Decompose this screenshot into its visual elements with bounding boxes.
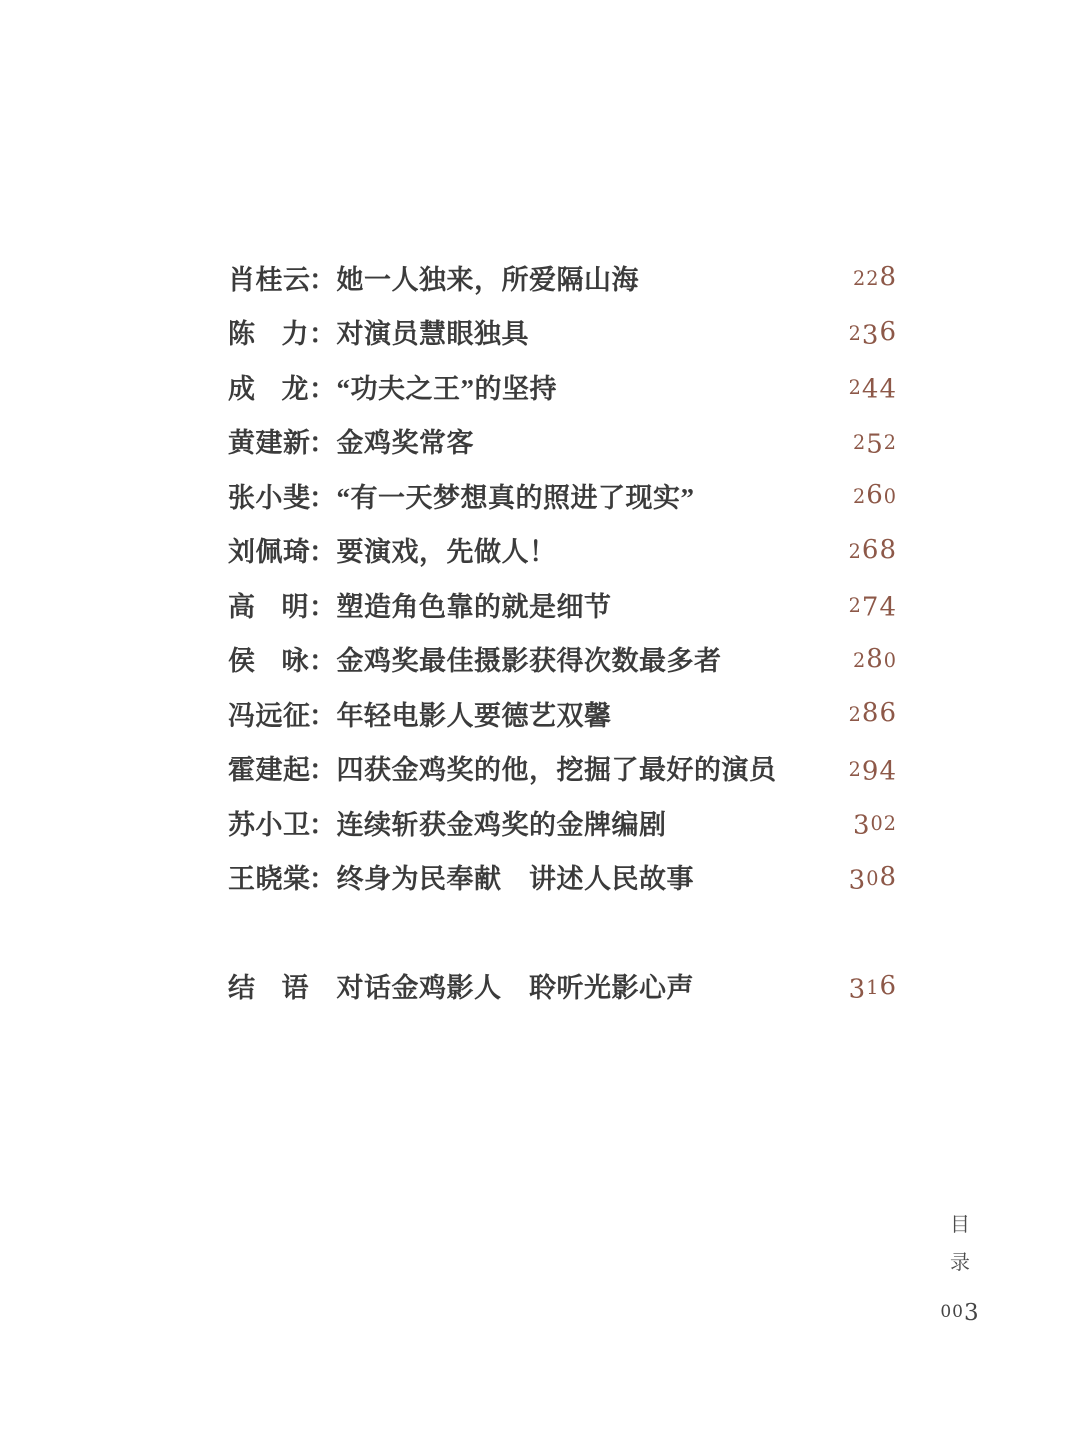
entry-label: 冯远征：年轻电影人要德艺双馨	[228, 694, 612, 733]
entry-label: 高明：塑造角色靠的就是细节	[228, 585, 612, 624]
toc-entry: 高明：塑造角色靠的就是细节 274	[228, 577, 897, 632]
entry-separator: ：	[309, 374, 337, 404]
entry-section-name: 结语	[228, 966, 309, 1005]
entry-page-number: 302	[853, 807, 897, 837]
entry-title: 对演员慧眼独具	[337, 319, 530, 349]
entry-title: 要演戏，先做人！	[337, 537, 557, 567]
entry-separator: ：	[309, 701, 337, 731]
entry-person-name: 侯咏	[228, 639, 309, 678]
entry-separator: ：	[309, 537, 337, 567]
entry-label: 张小斐：“有一天梦想真的照进了现实”	[228, 476, 695, 515]
toc-entry: 王晓棠：终身为民奉献 讲述人民故事 308	[228, 850, 897, 905]
entry-person-name: 冯远征	[228, 694, 309, 733]
entry-title: 年轻电影人要德艺双馨	[337, 701, 612, 731]
entry-label: 霍建起：四获金鸡奖的他，挖掘了最好的演员	[228, 748, 777, 787]
entry-page-number: 244	[849, 371, 897, 401]
entry-label: 成龙：“功夫之王”的坚持	[228, 367, 557, 406]
entry-separator: ：	[309, 319, 337, 349]
toc-entry: 肖桂云：她一人独来，所爱隔山海 228	[228, 250, 897, 305]
entry-separator: ：	[309, 265, 337, 295]
entry-separator: ：	[309, 483, 337, 513]
entry-person-name: 肖桂云	[228, 258, 309, 297]
entry-page-number: 236	[849, 317, 897, 347]
entry-page-number: 260	[853, 480, 897, 510]
book-page: 肖桂云：她一人独来，所爱隔山海 228 陈力：对演员慧眼独具 236 成龙：“功…	[0, 0, 1080, 1447]
entry-page-number: 280	[853, 644, 897, 674]
entry-label: 黄建新：金鸡奖常客	[228, 421, 474, 460]
entry-page-number: 308	[849, 862, 897, 892]
entry-person-name: 苏小卫	[228, 803, 309, 842]
toc-entry: 黄建新：金鸡奖常客 252	[228, 414, 897, 469]
toc-entry: 张小斐：“有一天梦想真的照进了现实” 260	[228, 468, 897, 523]
entry-title: 她一人独来，所爱隔山海	[337, 265, 640, 295]
entry-page-number: 316	[849, 971, 897, 1001]
entry-title: 金鸡奖常客	[337, 428, 475, 458]
entry-title: 四获金鸡奖的他，挖掘了最好的演员	[337, 755, 777, 785]
entry-page-number: 274	[849, 589, 897, 619]
entry-separator: ：	[309, 428, 337, 458]
entry-person-name: 张小斐	[228, 476, 309, 515]
entry-separator: ：	[309, 810, 337, 840]
entry-person-name: 成龙	[228, 367, 309, 406]
entry-page-number: 268	[849, 535, 897, 565]
entry-person-name: 高明	[228, 585, 309, 624]
running-title-char: 目	[933, 1206, 987, 1244]
running-title-char: 录	[933, 1244, 987, 1282]
entry-person-name: 刘佩琦	[228, 530, 309, 569]
toc-entry: 陈力：对演员慧眼独具 236	[228, 305, 897, 360]
entry-page-number: 294	[849, 753, 897, 783]
entry-label: 刘佩琦：要演戏，先做人！	[228, 530, 557, 569]
entry-separator: ：	[309, 646, 337, 676]
entry-title: 连续斩获金鸡奖的金牌编剧	[337, 810, 667, 840]
toc-entry: 冯远征：年轻电影人要德艺双馨 286	[228, 686, 897, 741]
entry-title: “有一天梦想真的照进了现实”	[337, 483, 695, 513]
entry-title: 金鸡奖最佳摄影获得次数最多者	[337, 646, 722, 676]
footer-folio-number: 003	[933, 1296, 987, 1326]
toc-list: 肖桂云：她一人独来，所爱隔山海 228 陈力：对演员慧眼独具 236 成龙：“功…	[228, 250, 897, 1013]
toc-entry-conclusion: 结语 对话金鸡影人 聆听光影心声 316	[228, 959, 897, 1014]
footer-running-title: 目 录	[933, 1206, 987, 1282]
entry-separator: ：	[309, 864, 337, 894]
entry-separator	[309, 973, 337, 1003]
entry-label: 结语 对话金鸡影人 聆听光影心声	[228, 966, 694, 1005]
entry-label: 苏小卫：连续斩获金鸡奖的金牌编剧	[228, 803, 667, 842]
entry-page-number: 286	[849, 698, 897, 728]
entry-label: 陈力：对演员慧眼独具	[228, 312, 529, 351]
entry-person-name: 王晓棠	[228, 857, 309, 896]
toc-entry: 苏小卫：连续斩获金鸡奖的金牌编剧 302	[228, 795, 897, 850]
entry-title: 对话金鸡影人 聆听光影心声	[337, 973, 695, 1003]
entry-title: 塑造角色靠的就是细节	[337, 592, 612, 622]
entry-person-name: 陈力	[228, 312, 309, 351]
toc-entry: 刘佩琦：要演戏，先做人！ 268	[228, 523, 897, 578]
toc-entry: 侯咏：金鸡奖最佳摄影获得次数最多者 280	[228, 632, 897, 687]
entry-separator: ：	[309, 755, 337, 785]
entry-title: “功夫之王”的坚持	[337, 374, 558, 404]
entry-separator: ：	[309, 592, 337, 622]
entry-person-name: 霍建起	[228, 748, 309, 787]
entry-page-number: 228	[853, 262, 897, 292]
entry-person-name: 黄建新	[228, 421, 309, 460]
entry-label: 肖桂云：她一人独来，所爱隔山海	[228, 258, 639, 297]
page-footer: 目 录 003	[933, 1206, 987, 1326]
entry-page-number: 252	[853, 426, 897, 456]
entry-title: 终身为民奉献 讲述人民故事	[337, 864, 695, 894]
entry-label: 王晓棠：终身为民奉献 讲述人民故事	[228, 857, 694, 896]
entry-label: 侯咏：金鸡奖最佳摄影获得次数最多者	[228, 639, 722, 678]
toc-entry: 霍建起：四获金鸡奖的他，挖掘了最好的演员 294	[228, 741, 897, 796]
toc-entry: 成龙：“功夫之王”的坚持 244	[228, 359, 897, 414]
